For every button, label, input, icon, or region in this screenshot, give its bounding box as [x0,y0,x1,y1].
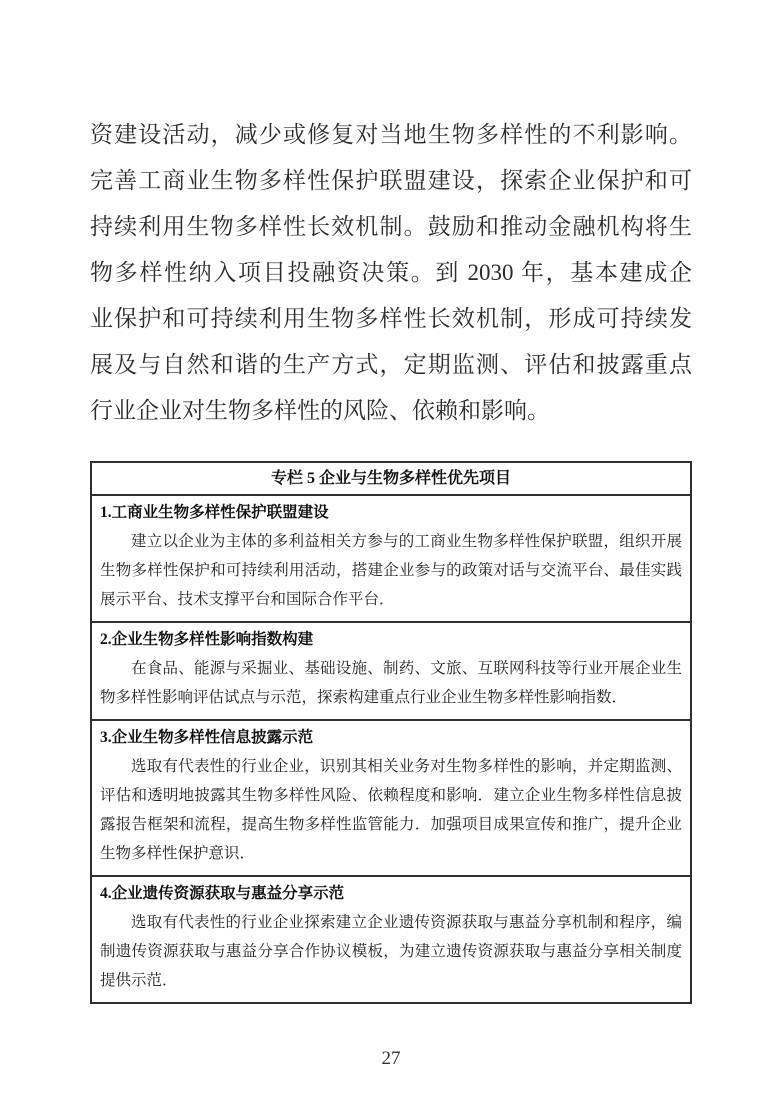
paragraph-line: 业保护和可持续利用生物多样性长效机制，形成可持续发 [90,296,692,342]
paragraph-line: 资建设活动，减少或修复对当地生物多样性的不利影响。 [90,112,692,158]
section-line: 露报告框架和流程，提高生物多样性监管能力．加强项目成果宣传和推广，提升企业 [100,810,682,839]
section-heading: 1.工商业生物多样性保护联盟建设 [100,499,682,527]
section-line: 提供示范． [100,966,682,995]
box-title: 专栏 5 企业与生物多样性优先项目 [92,463,690,496]
section-heading: 3.企业生物多样性信息披露示范 [100,724,682,752]
section-heading: 4.企业遗传资源获取与惠益分享示范 [100,880,682,908]
paragraph-line: 展及与自然和谐的生产方式，定期监测、评估和披露重点 [90,342,692,388]
box-section-3: 3.企业生物多样性信息披露示范 选取有代表性的行业企业，识别其相关业务对生物多样… [92,721,690,877]
paragraph-line: 完善工商业生物多样性保护联盟建设，探索企业保护和可 [90,158,692,204]
section-line: 生物多样性保护意识． [100,839,682,868]
section-line: 评估和透明地披露其生物多样性风险、依赖程度和影响．建立企业生物多样性信息披 [100,781,682,810]
paragraph-line: 物多样性纳入项目投融资决策。到 2030 年，基本建成企 [90,250,692,296]
section-line: 在食品、能源与采掘业、基础设施、制药、文旅、互联网科技等行业开展企业生 [100,654,682,683]
section-line: 生物多样性保护和可持续利用活动，搭建企业参与的政策对话与交流平台、最佳实践 [100,556,682,585]
document-page: 资建设活动，减少或修复对当地生物多样性的不利影响。 完善工商业生物多样性保护联盟… [0,0,782,1107]
box-section-1: 1.工商业生物多样性保护联盟建设 建立以企业为主体的多利益相关方参与的工商业生物… [92,496,690,623]
body-paragraph: 资建设活动，减少或修复对当地生物多样性的不利影响。 完善工商业生物多样性保护联盟… [90,0,692,434]
section-line: 物多样性影响评估试点与示范，探索构建重点行业企业生物多样性影响指数． [100,683,682,712]
section-line: 建立以企业为主体的多利益相关方参与的工商业生物多样性保护联盟，组织开展 [100,527,682,556]
section-line: 选取有代表性的行业企业，识别其相关业务对生物多样性的影响，并定期监测、 [100,752,682,781]
section-line: 展示平台、技术支撑平台和国际合作平台． [100,585,682,614]
section-heading: 2.企业生物多样性影响指数构建 [100,626,682,654]
paragraph-line: 行业企业对生物多样性的风险、依赖和影响。 [90,388,692,434]
page-number: 27 [90,1048,692,1070]
priority-projects-box: 专栏 5 企业与生物多样性优先项目 1.工商业生物多样性保护联盟建设 建立以企业… [90,461,692,1004]
section-line: 制遗传资源获取与惠益分享合作协议模板，为建立遗传资源获取与惠益分享相关制度 [100,937,682,966]
section-line: 选取有代表性的行业企业探索建立企业遗传资源获取与惠益分享机制和程序，编 [100,908,682,937]
page-content: 资建设活动，减少或修复对当地生物多样性的不利影响。 完善工商业生物多样性保护联盟… [90,0,692,1070]
box-section-4: 4.企业遗传资源获取与惠益分享示范 选取有代表性的行业企业探索建立企业遗传资源获… [92,877,690,1002]
box-section-2: 2.企业生物多样性影响指数构建 在食品、能源与采掘业、基础设施、制药、文旅、互联… [92,623,690,721]
paragraph-line: 持续利用生物多样性长效机制。鼓励和推动金融机构将生 [90,204,692,250]
